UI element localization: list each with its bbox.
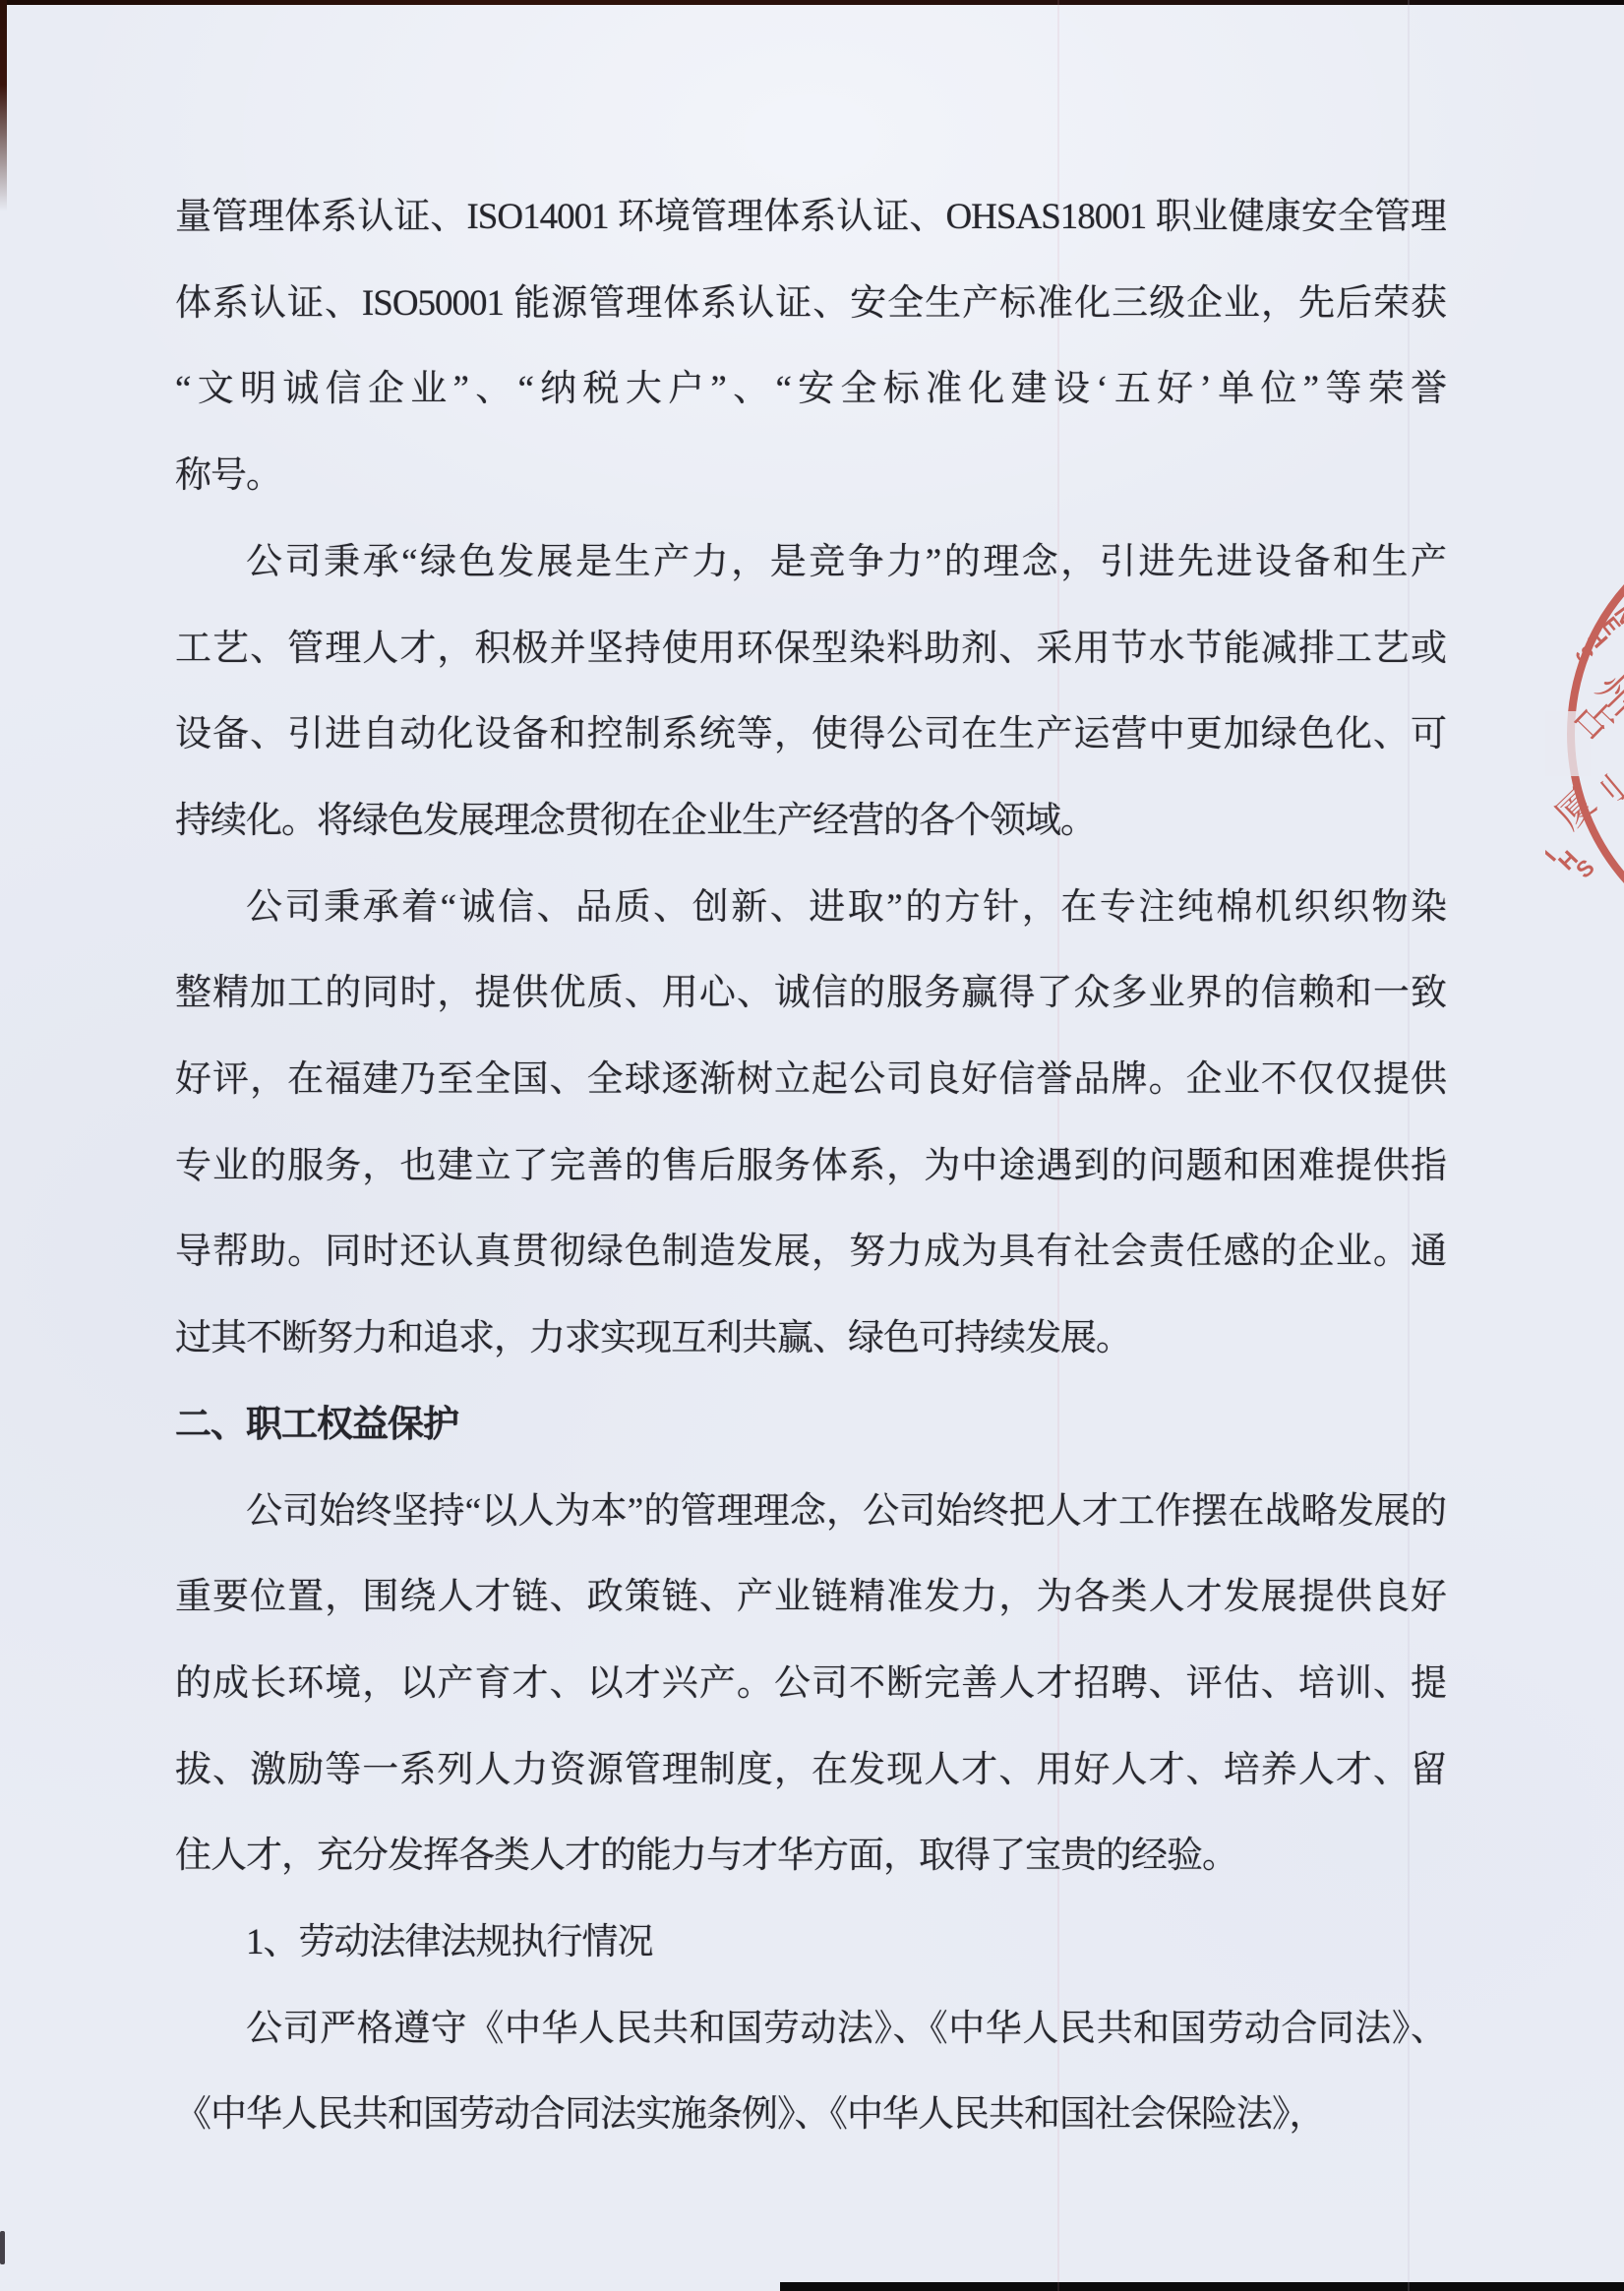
scan-edge-bottom-bar [780,2282,1624,2291]
text-line: 公司始终坚持“以人为本”的管理理念，公司始终把人才工作摆在战略发展的 [175,1469,1446,1555]
text-line: 重要位置，围绕人才链、政策链、产业链精准发力，为各类人才发展提供良好 [175,1554,1446,1641]
text-line: 公司秉承着“诚信、品质、创新、进取”的方针，在专注纯棉机织织物染 [175,865,1446,951]
text-line: 体系认证、ISO50001 能源管理体系认证、安全生产标准化三级企业，先后荣获 [175,261,1446,347]
text-line: “文明诚信企业”、“纳税大户”、“安全标准化建设‘五好’单位”等荣誉 [175,346,1446,433]
text-line: 导帮助。同时还认真贯彻绿色制造发展，努力成为具有社会责任感的企业。通 [175,1209,1446,1296]
text-line: 拔、激励等一系列人力资源管理制度，在发现人才、用好人才、培养人才、留 [175,1727,1446,1814]
text-line: 住人才，充分发挥各类人才的能力与才华方面，取得了宝贵的经验。 [175,1813,1446,1899]
text-line: 的成长环境，以产育才、以才兴产。公司不断完善人才招聘、评估、培训、提 [175,1641,1446,1727]
text-line: 专业的服务，也建立了完善的售后服务体系，为中途遇到的问题和困难提供指 [175,1123,1446,1210]
text-line: 称号。 [175,433,1446,519]
text-line: 持续化。将绿色发展理念贯彻在企业生产经营的各个领域。 [175,778,1446,865]
document-body: 量管理体系认证、ISO14001 环境管理体系认证、OHSAS18001 职业健… [175,174,1446,2158]
text-line: 工艺、管理人才，积极并坚持使用环保型染料助剂、采用节水节能减排工艺或 [175,606,1446,693]
text-line: 公司严格遵守《中华人民共和国劳动法》、《中华人民共和国劳动合同法》、 [175,1986,1446,2073]
text-line: 好评，在福建乃至全国、全球逐渐树立起公司良好信誉品牌。企业不仅仅提供 [175,1037,1446,1123]
text-line: 设备、引进自动化设备和控制系统等，使得公司在生产运营中更加绿色化、可 [175,692,1446,778]
scan-edge-left [0,0,7,211]
section-heading: 二、职工权益保护 [175,1382,1446,1469]
scanned-document-page: 量管理体系认证、ISO14001 环境管理体系认证、OHSAS18001 职业健… [0,0,1624,2291]
red-seal-stamp-fragment: S H E N 占 州 厦 刂 I H S [1545,575,1624,890]
text-line: 过其不断努力和追求，力求实现互利共赢、绿色可持续发展。 [175,1296,1446,1382]
list-item-heading: 1、劳动法律法规执行情况 [175,1899,1446,1986]
text-line: 量管理体系认证、ISO14001 环境管理体系认证、OHSAS18001 职业健… [175,174,1446,261]
scan-edge-bottom-left-mark [0,2231,5,2264]
text-line: 《中华人民共和国劳动合同法实施条例》、《中华人民共和国社会保险法》， [175,2072,1446,2158]
text-line: 公司秉承“绿色发展是生产力，是竞争力”的理念，引进先进设备和生产 [175,519,1446,606]
stamp-icon: S H E N 占 州 厦 刂 I H S [1545,575,1624,890]
text-line: 整精加工的同时，提供优质、用心、诚信的服务赢得了众多业界的信赖和一致 [175,950,1446,1037]
scan-edge-top [0,0,1624,5]
